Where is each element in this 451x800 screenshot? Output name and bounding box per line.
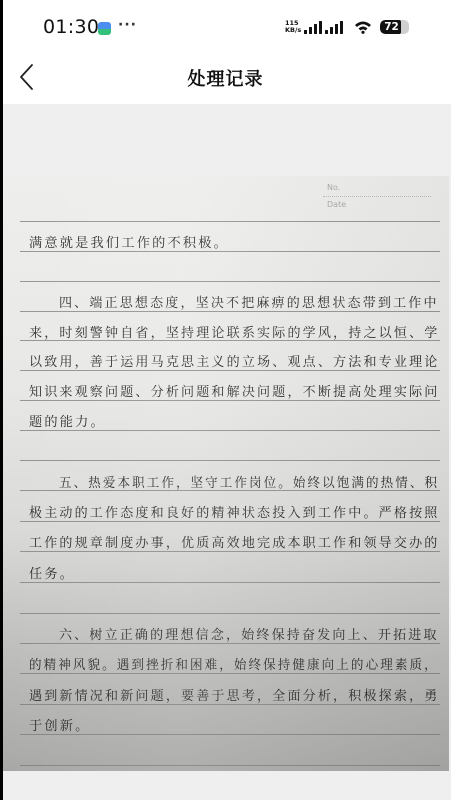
handwritten-line: 题的能力。 [29,411,106,430]
ruled-line [20,400,440,401]
wifi-icon [354,20,372,34]
nav-bar: 处理记录 [0,52,451,104]
ruled-line [20,251,440,252]
ruled-line [20,521,440,522]
ruled-line [20,221,440,222]
signal-strength-sim2-icon [325,21,343,34]
ruled-line [20,582,440,583]
ruled-line [20,551,440,552]
handwritten-line: 的精神风貌。遇到挫折和困难，始终保持健康向上的心理素质， [29,654,439,673]
handwritten-line: 满意就是我们工作的不积极。 [29,232,229,251]
ruled-line [20,370,440,371]
gallery-app-icon [98,22,111,35]
handwritten-line: 五、热爱本职工作，坚守工作岗位。始终以饱满的热情、积 [59,472,439,491]
ruled-line [20,460,440,461]
handwritten-line: 四、端正思想态度，坚决不把麻痹的思想状态带到工作中 [59,292,439,311]
ruled-line [20,704,440,705]
handwritten-line: 极主动的工作态度和良好的精神状态投入到工作中。严格按照 [29,502,439,521]
handwritten-line: 六、树立正确的理想信念，始终保持奋发向上、开拓进取 [59,624,439,643]
paper-date-label: Date [327,200,346,209]
ruled-line [20,765,440,766]
handwritten-record-photo[interactable]: No. Date 满意就是我们工作的不积极。 四、端正思想态度，坚决不把麻痹的思… [3,176,449,771]
signal-strength-sim1-icon [304,21,322,34]
screen-edge [0,0,3,800]
handwritten-line: 以致用，善于运用马克思主义的立场、观点、方法和专业理论 [29,351,439,370]
network-speed: 115 KB/s [285,20,301,34]
status-time: 01:30 [43,16,99,38]
ruled-line [20,430,440,431]
handwritten-line: 知识来观察问题、分析问题和解决问题，不断提高处理实际问 [29,381,439,400]
ruled-line [20,311,440,312]
ruled-line [20,613,440,614]
status-bar: 01:30 ··· 115 KB/s 72 [0,0,451,52]
battery-level: 72 [380,20,403,34]
handwritten-line: 任务。 [29,563,75,582]
more-notifications-icon: ··· [118,17,137,33]
handwritten-line: 于创新。 [29,715,91,734]
handwritten-line: 来，时刻警钟自省，坚持理论联系实际的学风，持之以恒、学 [29,322,439,341]
paper-header-divider [323,196,431,197]
handwritten-line: 工作的规章制度办事，优质高效地完成本职工作和领导交办的 [29,532,439,551]
handwritten-line: 遇到新情况和新问题，要善于思考，全面分析，积极探索，勇 [29,685,439,704]
paper-header: No. Date [323,181,433,217]
paper-no-label: No. [327,183,340,192]
ruled-line [20,643,440,644]
page-title: 处理记录 [0,65,451,91]
ruled-line [20,281,440,282]
network-speed-unit: KB/s [285,27,301,34]
battery-icon: 72 [380,20,409,34]
ruled-line [20,673,440,674]
ruled-line [20,734,440,735]
